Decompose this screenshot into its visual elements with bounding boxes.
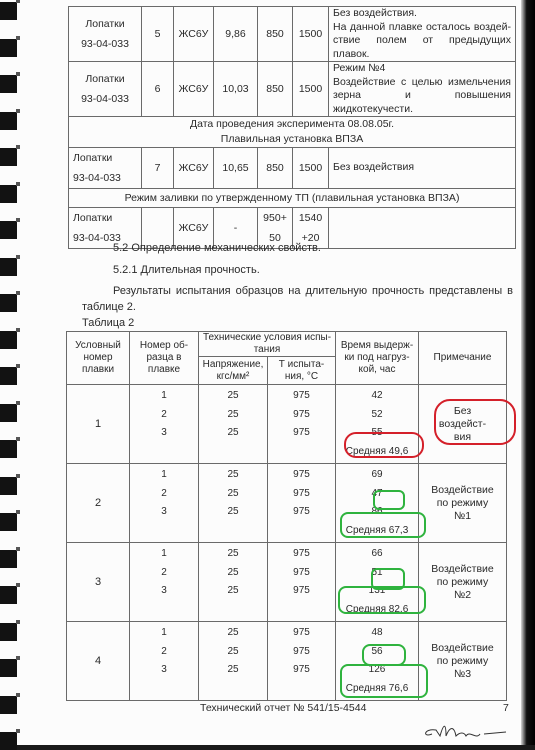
red-circle-average-1 xyxy=(344,432,424,458)
item-name: Лопатки xyxy=(73,14,137,34)
cell-melt: 4 xyxy=(67,622,130,701)
scan-edge-bottom xyxy=(0,745,535,750)
time-value: 52 xyxy=(338,406,416,425)
cell-note: Воздействие по режиму №2 xyxy=(419,543,507,622)
cell-v2: 850 xyxy=(258,62,293,117)
binder-hole xyxy=(0,331,17,349)
span-line: Режим заливки по утвержденному ТП (плави… xyxy=(73,191,511,206)
green-circle-time-4-3 xyxy=(362,644,406,666)
samples-value: 1 xyxy=(132,387,196,406)
cell-alloy: ЖС6У xyxy=(174,62,214,117)
binder-hole xyxy=(0,367,17,385)
samples-value: 3 xyxy=(132,582,196,601)
temp-value: 975 xyxy=(270,503,333,522)
header-note: Примечание xyxy=(419,332,507,385)
cell-item: Лопатки93-04-033 xyxy=(69,62,142,117)
temp-value: 975 xyxy=(270,387,333,406)
cell-temp: 975975975 xyxy=(268,622,336,701)
binder-hole xyxy=(0,75,17,93)
paragraph-line-1: Результаты испытания образцов на длитель… xyxy=(113,284,513,298)
samples-value: 2 xyxy=(132,643,196,662)
stress-value: 25 xyxy=(201,466,265,485)
stress-value: 25 xyxy=(201,424,265,443)
binder-hole xyxy=(0,659,17,677)
red-circle-note-1 xyxy=(434,399,516,445)
item-name: Лопатки xyxy=(73,208,137,228)
item-name: Лопатки xyxy=(73,69,137,89)
cell-temp: 975975975 xyxy=(268,543,336,622)
cell-note: Без воздействия.На данной плавке осталос… xyxy=(329,7,516,62)
stress-value: 25 xyxy=(201,582,265,601)
green-circle-time-2-3 xyxy=(373,490,405,510)
cell-v2: 850 xyxy=(258,148,293,189)
cell-alloy: ЖС6У xyxy=(174,148,214,189)
binder-hole xyxy=(0,112,17,130)
binder-hole xyxy=(0,732,17,750)
table-row: 41232525259759759754856126Средняя 76,6Во… xyxy=(67,622,507,701)
binder-hole xyxy=(0,696,17,714)
cell-note: Воздействие по режиму №3 xyxy=(419,622,507,701)
temp-value: 975 xyxy=(270,624,333,643)
binder-hole xyxy=(0,185,17,203)
cell-v2: 850 xyxy=(258,7,293,62)
temp-value: 975 xyxy=(270,545,333,564)
table-row: Лопатки93-04-0337ЖС6У10,658501500Без воз… xyxy=(69,148,516,189)
header-conditions: Технические условия испы-тания xyxy=(199,332,336,357)
binder-hole xyxy=(0,221,17,239)
cell-v1: 10,03 xyxy=(214,62,258,117)
samples-value: 1 xyxy=(132,545,196,564)
note-line: Режим №4 xyxy=(333,62,511,76)
cell-stress: 252525 xyxy=(199,385,268,464)
cell-v1: 10,65 xyxy=(214,148,258,189)
binder-hole xyxy=(0,477,17,495)
stress-value: 25 xyxy=(201,564,265,583)
stress-value: 25 xyxy=(201,624,265,643)
cell-item: Лопатки93-04-033 xyxy=(69,7,142,62)
note-line: ствие полем от предыдущих плавок. xyxy=(333,34,511,61)
note-line: Без воздействия xyxy=(333,161,511,175)
cell-v3: 1500 xyxy=(293,7,329,62)
cell-samples: 123 xyxy=(130,622,199,701)
cell-v3: 1500 xyxy=(293,148,329,189)
time-value: 69 xyxy=(338,466,416,485)
header-stress: Напряжение, кгс/мм² xyxy=(199,357,268,385)
signature-icon xyxy=(420,718,510,744)
stress-value: 25 xyxy=(201,545,265,564)
cell-samples: 123 xyxy=(130,543,199,622)
cell-note: Режим №4Воздействие с целью измельченияз… xyxy=(329,62,516,117)
stress-value: 25 xyxy=(201,503,265,522)
binder-hole xyxy=(0,294,17,312)
item-code: 93-04-033 xyxy=(73,34,137,54)
note-line: Воздействие с целью измельчения xyxy=(333,76,511,90)
binder-hole xyxy=(0,440,17,458)
cell-note: Воздействие по режиму №1 xyxy=(419,464,507,543)
cell-samples: 123 xyxy=(130,464,199,543)
cell-num: 5 xyxy=(142,7,174,62)
cell-num: 6 xyxy=(142,62,174,117)
stress-value: 25 xyxy=(201,643,265,662)
document-page: Лопатки93-04-0335ЖС6У9,868501500Без возд… xyxy=(0,0,535,750)
note-line: зерна и повышения жидкотекучести. xyxy=(333,89,511,116)
table-row: Дата проведения эксперимента 08.08.05г.П… xyxy=(69,117,516,148)
stress-value: 25 xyxy=(201,485,265,504)
cell-stress: 252525 xyxy=(199,543,268,622)
binder-hole xyxy=(0,258,17,276)
time-value: 42 xyxy=(338,387,416,406)
header-melt-no: Условный номер плавки xyxy=(67,332,130,385)
temp-value: 975 xyxy=(270,424,333,443)
binder-hole xyxy=(0,39,17,57)
table-row: 31232525259759759756651131Средняя 82,6Во… xyxy=(67,543,507,622)
cell-samples: 123 xyxy=(130,385,199,464)
binder-hole xyxy=(0,404,17,422)
binder-hole xyxy=(0,2,17,20)
span-row-text: Режим заливки по утвержденному ТП (плави… xyxy=(69,189,516,208)
cell-num: 7 xyxy=(142,148,174,189)
header-time: Время выдерж-ки под нагруз-кой, час xyxy=(336,332,419,385)
header-sample-no: Номер об-разца в плавке xyxy=(130,332,199,385)
table-row: Лопатки93-04-0335ЖС6У9,868501500Без возд… xyxy=(69,7,516,62)
time-value: 48 xyxy=(338,624,416,643)
temp-value: 975 xyxy=(270,406,333,425)
green-circle-average-4 xyxy=(340,664,428,698)
cell-v1: 9,86 xyxy=(214,7,258,62)
paragraph-line-2: таблице 2. xyxy=(82,300,136,314)
binder-hole xyxy=(0,623,17,641)
temp-value: 975 xyxy=(270,582,333,601)
green-circle-average-2 xyxy=(340,512,426,538)
cell-melt: 1 xyxy=(67,385,130,464)
samples-value: 2 xyxy=(132,485,196,504)
samples-value: 2 xyxy=(132,406,196,425)
samples-value: 3 xyxy=(132,503,196,522)
cell-temp: 975975975 xyxy=(268,464,336,543)
section-heading-5-2: 5.2 Определение механических свойств. xyxy=(113,241,321,255)
samples-value: 1 xyxy=(132,466,196,485)
binder-hole xyxy=(0,148,17,166)
samples-value: 1 xyxy=(132,624,196,643)
cell-melt: 2 xyxy=(67,464,130,543)
footer-report-number: Технический отчет № 541/15-4544 xyxy=(200,702,366,714)
stress-value: 25 xyxy=(201,661,265,680)
span-line: Плавильная установка ВПЗА xyxy=(73,132,511,147)
cell-item: Лопатки93-04-033 xyxy=(69,148,142,189)
cell-stress: 252525 xyxy=(199,464,268,543)
temp-value: 975 xyxy=(270,466,333,485)
table-creep-strength: Условный номер плавки Номер об-разца в п… xyxy=(66,331,507,701)
cell-note xyxy=(329,208,516,249)
note-line: Без воздействия. xyxy=(333,7,511,21)
cell-v3: 1500 xyxy=(293,62,329,117)
binder-hole xyxy=(0,550,17,568)
table-row: 2123252525975975975694786Средняя 67,3Воз… xyxy=(67,464,507,543)
note-line: На данной плавке осталось воздей- xyxy=(333,21,511,35)
page-number: 7 xyxy=(503,702,509,714)
time-value: 66 xyxy=(338,545,416,564)
cell-note: Без воздействия xyxy=(329,148,516,189)
temp-value: 975 xyxy=(270,485,333,504)
table-row: Лопатки93-04-0336ЖС6У10,038501500Режим №… xyxy=(69,62,516,117)
stress-value: 25 xyxy=(201,406,265,425)
stress-value: 25 xyxy=(201,387,265,406)
samples-value: 3 xyxy=(132,661,196,680)
binder-hole xyxy=(0,513,17,531)
span-row-text: Дата проведения эксперимента 08.08.05г.П… xyxy=(69,117,516,148)
table-caption: Таблица 2 xyxy=(82,316,134,330)
temp-value: 975 xyxy=(270,661,333,680)
temp-value: 975 xyxy=(270,564,333,583)
cell-alloy: ЖС6У xyxy=(174,7,214,62)
item-code: 93-04-033 xyxy=(73,168,137,188)
cell-stress: 252525 xyxy=(199,622,268,701)
section-heading-5-2-1: 5.2.1 Длительная прочность. xyxy=(113,263,260,277)
span-line: Дата проведения эксперимента 08.08.05г. xyxy=(73,117,511,132)
item-name: Лопатки xyxy=(73,148,137,168)
green-circle-average-3 xyxy=(338,586,426,614)
item-code: 93-04-033 xyxy=(73,89,137,109)
binder-hole xyxy=(0,586,17,604)
samples-value: 3 xyxy=(132,424,196,443)
cell-melt: 3 xyxy=(67,543,130,622)
temp-value: 975 xyxy=(270,643,333,662)
table-row: Режим заливки по утвержденному ТП (плави… xyxy=(69,189,516,208)
samples-value: 2 xyxy=(132,564,196,583)
table-melts: Лопатки93-04-0335ЖС6У9,868501500Без возд… xyxy=(68,6,516,249)
header-temp: Т испыта-ния, °С xyxy=(268,357,336,385)
scan-edge xyxy=(521,0,535,750)
cell-temp: 975975975 xyxy=(268,385,336,464)
